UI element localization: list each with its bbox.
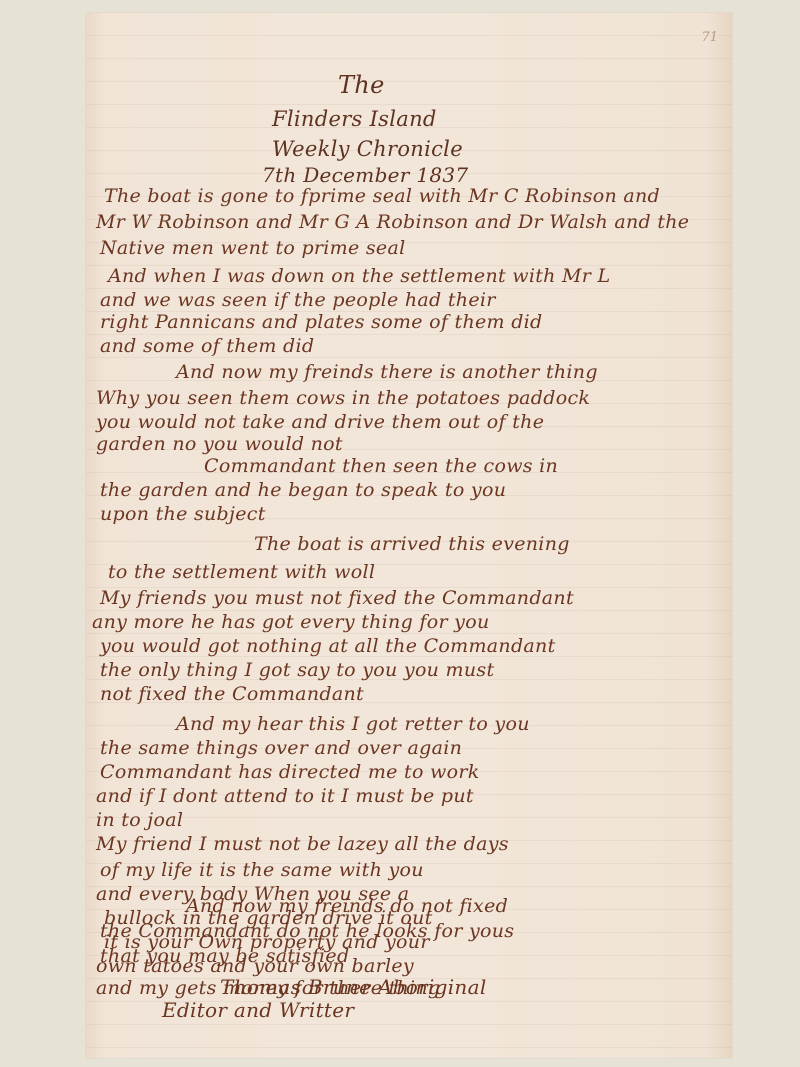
body-line: and if I dont attend to it I must be put xyxy=(96,785,474,807)
body-line: The boat is arrived this evening xyxy=(254,533,570,555)
body-line: of my life it is the same with you xyxy=(100,859,424,881)
signature-name: Thomas Brune Aboriginal xyxy=(220,975,487,999)
body-line: Commandant then seen the cows in xyxy=(204,455,558,477)
header-flinders-island: Flinders Island xyxy=(272,107,437,131)
body-line: any more he has got every thing for you xyxy=(92,611,489,633)
body-line: And when I was down on the settlement wi… xyxy=(108,265,610,287)
body-line: that you may be satisfied xyxy=(100,945,349,967)
body-line: right Pannicans and plates some of them … xyxy=(100,311,543,333)
body-line: Native men went to prime seal xyxy=(100,237,405,259)
body-line: the same things over and over again xyxy=(100,737,462,759)
body-line: not fixed the Commandant xyxy=(100,683,364,705)
header-date: 7th December 1837 xyxy=(262,163,468,187)
body-line: and we was seen if the people had their xyxy=(100,289,496,311)
body-line: My friend I must not be lazey all the da… xyxy=(96,833,509,855)
body-line: the garden and he began to speak to you xyxy=(100,479,506,501)
body-line: Mr W Robinson and Mr G A Robinson and Dr… xyxy=(96,211,689,233)
body-line: garden no you would not xyxy=(96,433,343,455)
signature-role: Editor and Writter xyxy=(162,998,354,1022)
body-line: the only thing I got say to you you must xyxy=(100,659,494,681)
body-line: upon the subject xyxy=(100,503,266,525)
body-line: in to joal xyxy=(96,809,183,831)
body-line: My friends you must not fixed the Comman… xyxy=(100,587,574,609)
body-line: and some of them did xyxy=(100,335,314,357)
header-the: The xyxy=(338,71,385,99)
body-line: And now my freinds do not fixed xyxy=(186,895,508,917)
body-line: The boat is gone to fprime seal with Mr … xyxy=(104,185,660,207)
body-line: Why you seen them cows in the potatoes p… xyxy=(96,387,590,409)
body-line: you would not take and drive them out of… xyxy=(96,411,544,433)
header-weekly-chronicle: Weekly Chronicle xyxy=(272,137,463,161)
body-line: And now my freinds there is another thin… xyxy=(176,361,598,383)
body-line: to the settlement with woll xyxy=(108,561,375,583)
body-line: you would got nothing at all the Command… xyxy=(100,635,556,657)
body-line: Commandant has directed me to work xyxy=(100,761,480,783)
body-line: And my hear this I got retter to you xyxy=(176,713,530,735)
body-line: the Commandant do not he looks for yous xyxy=(100,920,514,942)
page-number: 71 xyxy=(701,30,718,45)
